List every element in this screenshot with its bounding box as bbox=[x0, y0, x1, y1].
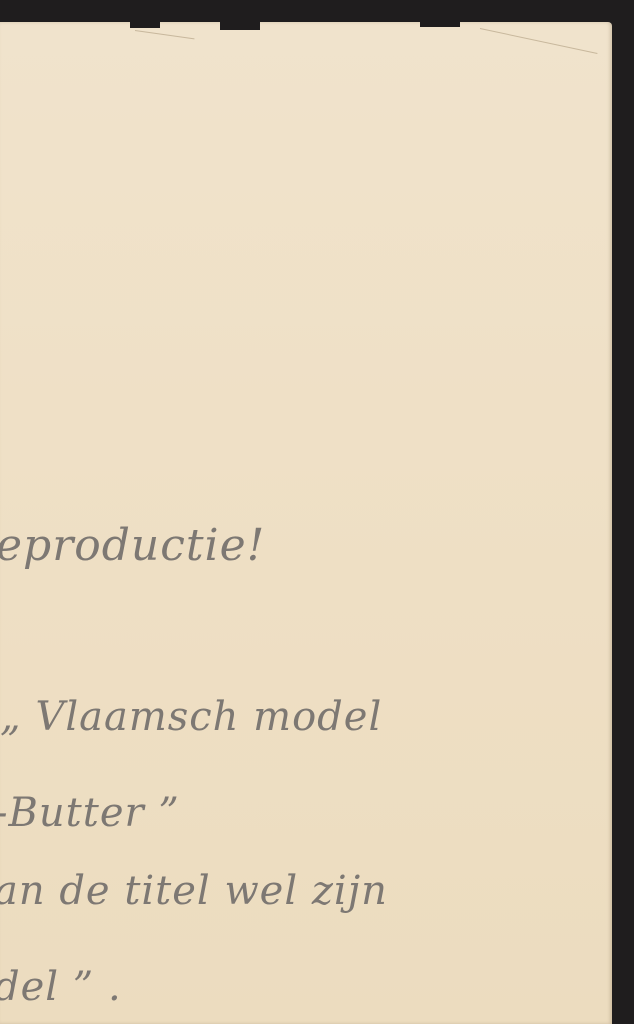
paper-sheet: eproductie! „ Vlaamsch model -Butter ” a… bbox=[0, 22, 612, 1024]
paper-crease bbox=[480, 28, 598, 54]
torn-edge bbox=[420, 22, 460, 27]
handwritten-line-2: „ Vlaamsch model bbox=[0, 694, 382, 740]
paper-crease bbox=[135, 30, 195, 39]
handwritten-line-5: del ” . bbox=[0, 964, 122, 1010]
torn-edge bbox=[220, 22, 260, 30]
handwritten-line-1: eproductie! bbox=[0, 520, 265, 571]
handwritten-line-4: an de titel wel zijn bbox=[0, 868, 388, 914]
torn-edge bbox=[130, 22, 160, 28]
handwritten-line-3: -Butter ” bbox=[0, 790, 180, 836]
